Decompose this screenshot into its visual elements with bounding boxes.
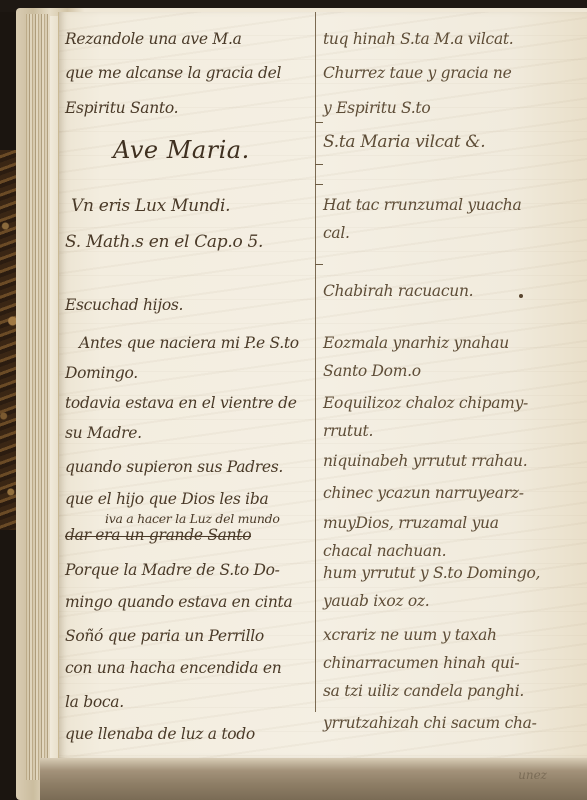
text-line: sa tzi uiliz candela panghi. — [323, 682, 524, 700]
bracket-mark — [315, 264, 323, 265]
text-line: que me alcanse la gracia del — [65, 64, 281, 82]
text-line: hum yrrutut y S.to Domingo, — [323, 564, 540, 582]
text-line: chinarracumen hinah qui- — [323, 654, 519, 672]
text-line: Soñó que paria un Perrillo — [65, 627, 264, 645]
text-line: todavia estava en el vientre de — [65, 394, 297, 412]
text-line: rrutut. — [323, 422, 373, 440]
text-line: yrrutzahizah chi sacum cha- — [323, 714, 537, 732]
text-line: Santo Dom.o — [323, 362, 421, 380]
text-line: y Espiritu S.to — [323, 99, 430, 117]
text-line: Eozmala ynarhiz ynahau — [323, 334, 509, 352]
ink-bleed-through — [59, 12, 587, 758]
struck-text: dar era un grande Santo — [65, 526, 251, 544]
text-line: Antes que naciera mi P.e S.to — [79, 334, 299, 352]
text-line: niquinabeh yrrutut rrahau. — [323, 452, 527, 470]
text-line: cal. — [323, 224, 350, 242]
text-line: S. Math.s en el Cap.o 5. — [65, 232, 263, 252]
text-line: yauab ixoz oz. — [323, 592, 429, 610]
manuscript-scan: unez Rezandole una ave M.a que me alcans… — [0, 0, 587, 800]
column-divider — [315, 12, 316, 712]
ink-blot — [519, 294, 523, 298]
manuscript-page: Rezandole una ave M.a que me alcanse la … — [58, 12, 587, 758]
struck-line: dar era un grande Santo — [65, 526, 251, 544]
text-line: que el hijo que Dios les iba — [65, 490, 268, 508]
text-line: Escuchad hijos. — [65, 296, 183, 314]
text-line: tuq hinah S.ta M.a vilcat. — [323, 30, 513, 48]
text-line: S.ta Maria vilcat &. — [323, 132, 485, 152]
text-line: con una hacha encendida en — [65, 659, 281, 677]
text-line: Hat tac rrunzumal yuacha — [323, 196, 521, 214]
text-line: Espiritu Santo. — [65, 99, 178, 117]
text-line: que llenaba de luz a todo — [65, 725, 255, 743]
bottom-edge-note: unez — [518, 768, 547, 782]
text-line: Chabirah racuacun. — [323, 282, 473, 300]
text-line: Churrez taue y gracia ne — [323, 64, 511, 82]
text-line: quando supieron sus Padres. — [65, 458, 283, 476]
text-line: Rezandole una ave M.a — [65, 30, 242, 48]
bracket-mark — [315, 122, 323, 123]
text-line: chacal nachuan. — [323, 542, 446, 560]
text-line: Domingo. — [65, 364, 138, 382]
text-line: chinec ycazun narruyearz- — [323, 484, 524, 502]
text-line: muyDios, rruzamal yua — [323, 514, 499, 532]
interlinear-insertion: iva a hacer la Luz del mundo — [105, 511, 280, 526]
text-line: la boca. — [65, 693, 124, 711]
text-line: Porque la Madre de S.to Do- — [65, 561, 280, 579]
text-line: mingo quando estava en cinta — [65, 593, 292, 611]
heading-ave-maria: Ave Maria. — [113, 136, 250, 164]
bracket-mark — [315, 184, 323, 185]
text-line: Vn eris Lux Mundi. — [71, 196, 230, 216]
bracket-mark — [315, 164, 323, 165]
text-line: su Madre. — [65, 424, 142, 442]
book-bottom-edge — [40, 758, 587, 800]
text-line: Eoquilizoz chaloz chipamy- — [323, 394, 528, 412]
text-line: xcrariz ne uum y taxah — [323, 626, 497, 644]
